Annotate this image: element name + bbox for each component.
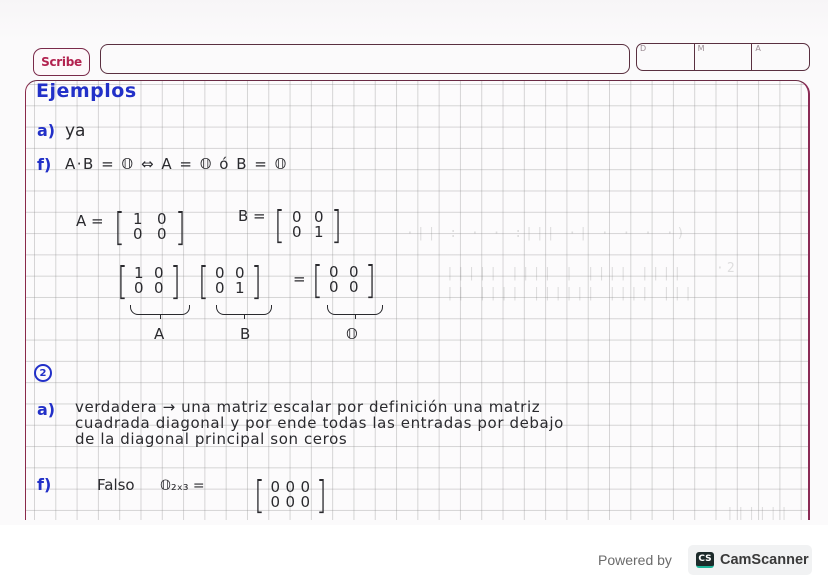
heading-ejemplos: Ejemplos (36, 80, 137, 102)
matrix-cell: 1 (233, 281, 247, 296)
bleed-through-mark: ·|| : · · :||| ·| · · · ·) (406, 226, 688, 241)
matrix-cell: 0 (347, 280, 361, 295)
underbrace-a (130, 305, 190, 315)
grid-sheet: ·|| : · · :||| ·| · · · ·) ·2 ||||| ||||… (25, 80, 810, 520)
matrix-cell: 0 (213, 281, 227, 296)
section-2-item-f-expression: 𝕆₂ₓ₃ = (160, 478, 205, 494)
section-2-item-a-label: a) (37, 400, 55, 419)
matrix-cell: 0 (132, 281, 146, 296)
section-2-marker: 2 (34, 364, 52, 382)
camscanner-label: CamScanner (720, 552, 809, 568)
date-day-label: D (640, 44, 646, 53)
item-a-text: ya (65, 121, 85, 141)
underbrace-b (216, 305, 272, 315)
date-month-label: M (698, 44, 705, 53)
matrix-cell: 1 (311, 225, 327, 240)
matrix-a-cells: 1 0 0 0 (127, 212, 173, 242)
scribe-logo-text: Scribe (41, 55, 82, 69)
left-bracket: [ (254, 476, 264, 514)
item-f-label: f) (37, 155, 51, 174)
bleed-through-mark: ·2 (716, 261, 738, 276)
date-year-label: A (755, 44, 760, 53)
matrix-cell: 0 (129, 227, 147, 242)
underbrace-b-label: B (240, 325, 250, 343)
left-bracket: [ (312, 261, 322, 299)
date-box: D M A (636, 43, 810, 71)
matrix-cell: 0 (299, 495, 312, 510)
date-month-cell: M (695, 44, 753, 70)
product-right-cells: 0 0 0 1 (211, 266, 249, 296)
matrix-b-name: B = (238, 207, 266, 225)
underbrace-zero (327, 305, 383, 315)
matrix-a-name: A = (76, 212, 104, 230)
right-bracket: ] (251, 262, 261, 300)
right-bracket: ] (365, 261, 375, 299)
right-bracket: ] (331, 206, 341, 244)
scanned-page: Scribe D M A ·|| : · · :||| ·| · · · ·) … (0, 0, 828, 525)
bleed-through-mark: || |||| |||||| |||| ||| (446, 286, 695, 301)
section-2-item-a-line-3: de la diagonal principal son ceros (75, 432, 347, 446)
section-2-number: 2 (40, 368, 47, 379)
section-2-item-a-line-2: cuadrada diagonal y por ende todas las e… (75, 416, 564, 430)
underbrace-zero-label: 𝕆 (346, 325, 358, 343)
section-2-item-a-line-1: verdadera → una matriz escalar por defin… (75, 400, 540, 414)
product-right-matrix: [ 0 0 0 1 ] (196, 262, 264, 300)
right-bracket: ] (170, 262, 180, 300)
left-bracket: [ (198, 262, 208, 300)
product-result-cells: 0 0 0 0 (325, 265, 363, 295)
date-year-cell: A (752, 44, 809, 70)
camscanner-icon: CS (696, 552, 714, 568)
left-bracket: [ (117, 262, 127, 300)
bleed-through-mark: ||||| |||| | |||| |||| (446, 266, 684, 281)
matrix-cell: 0 (269, 495, 282, 510)
product-left-matrix: [ 1 0 0 0 ] (115, 262, 183, 300)
underbrace-a-label: A (154, 325, 164, 343)
right-bracket: ] (316, 476, 326, 514)
right-bracket: ] (175, 208, 185, 246)
powered-by-text: Powered by (598, 552, 672, 568)
zero-2x3-cells: 0 0 0 0 0 0 (267, 480, 314, 510)
camscanner-badge[interactable]: CS CamScanner (688, 545, 812, 575)
zero-2x3-matrix: [ 0 0 0 0 0 0 ] (252, 476, 329, 514)
title-box (100, 44, 630, 74)
section-2-item-f-text: Falso (97, 476, 135, 494)
left-bracket: [ (274, 206, 284, 244)
product-left-cells: 1 0 0 0 (130, 266, 168, 296)
matrix-b: [ 0 0 0 1 ] (272, 206, 344, 244)
section-2-item-f-label: f) (37, 475, 51, 494)
matrix-cell: 0 (152, 281, 166, 296)
date-day-cell: D (637, 44, 695, 70)
scribe-logo: Scribe (33, 48, 90, 76)
matrix-cell: 0 (284, 495, 297, 510)
item-a-label: a) (37, 121, 55, 140)
matrix-cell: 0 (327, 280, 341, 295)
product-equals: = (293, 270, 306, 288)
item-f-statement: A·B = 𝕆 ⇔ A = 𝕆 ó B = 𝕆 (65, 155, 288, 173)
product-result-matrix: [ 0 0 0 0 ] (310, 261, 378, 299)
bleed-through-mark: |||||| (726, 506, 791, 520)
matrix-cell: 0 (289, 225, 305, 240)
matrix-b-cells: 0 0 0 1 (287, 210, 329, 240)
matrix-cell: 0 (153, 227, 171, 242)
left-bracket: [ (114, 208, 124, 246)
matrix-a: [ 1 0 0 0 ] (112, 208, 188, 246)
